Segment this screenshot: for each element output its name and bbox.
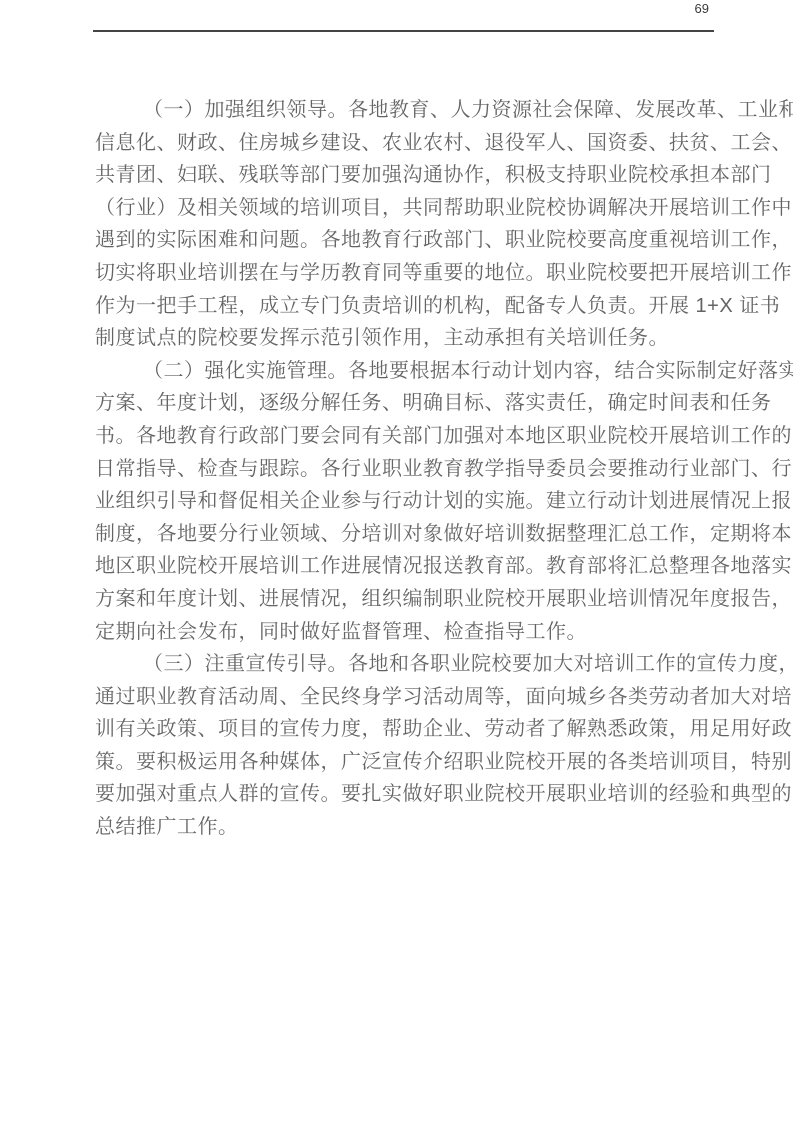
text-line: 要加强对重点人群的宣传。要扎实做好职业院校开展职业培训的经验和典型的 <box>95 778 711 811</box>
paragraph-3: （三）注重宣传引导。各地和各职业院校要加大对培训工作的宣传力度，通过职业教育活动… <box>95 648 711 844</box>
text-line: 训有关政策、项目的宣传力度，帮助企业、劳动者了解熟悉政策，用足用好政 <box>95 713 711 746</box>
header-rule <box>93 30 714 32</box>
paragraph-2: （二）强化实施管理。各地要根据本行动计划内容，结合实际制定好落实方案、年度计划，… <box>95 355 711 648</box>
text-line: 制度试点的院校要发挥示范引领作用，主动承担有关培训任务。 <box>95 322 711 355</box>
text-line: 切实将职业培训摆在与学历教育同等重要的地位。职业院校要把开展培训工作 <box>95 257 711 290</box>
document-page: 69 （一）加强组织领导。各地教育、人力资源社会保障、发展改革、工业和信息化、财… <box>0 0 793 1122</box>
text-line: 策。要积极运用各种媒体，广泛宣传介绍职业院校开展的各类培训项目，特别 <box>95 746 711 779</box>
text-line: （一）加强组织领导。各地教育、人力资源社会保障、发展改革、工业和 <box>95 94 711 127</box>
text-line: 日常指导、检查与跟踪。各行业职业教育教学指导委员会要推动行业部门、行 <box>95 453 711 486</box>
text-line: 作为一把手工程，成立专门负责培训的机构，配备专人负责。开展 1+X 证书 <box>95 290 711 323</box>
text-line: （行业）及相关领域的培训项目，共同帮助职业院校协调解决开展培训工作中 <box>95 192 711 225</box>
text-line: 制度，各地要分行业领域、分培训对象做好培训数据整理汇总工作，定期将本 <box>95 518 711 551</box>
text-line: 信息化、财政、住房城乡建设、农业农村、退役军人、国资委、扶贫、工会、 <box>95 127 711 160</box>
text-line: 地区职业院校开展培训工作进展情况报送教育部。教育部将汇总整理各地落实 <box>95 550 711 583</box>
text-line: 定期向社会发布，同时做好监督管理、检查指导工作。 <box>95 616 711 649</box>
text-line: 遇到的实际困难和问题。各地教育行政部门、职业院校要高度重视培训工作， <box>95 224 711 257</box>
text-line: （三）注重宣传引导。各地和各职业院校要加大对培训工作的宣传力度， <box>95 648 711 681</box>
text-line: 共青团、妇联、残联等部门要加强沟通协作，积极支持职业院校承担本部门 <box>95 159 711 192</box>
text-line: 方案、年度计划，逐级分解任务、明确目标、落实责任，确定时间表和任务 <box>95 387 711 420</box>
text-line: 通过职业教育活动周、全民终身学习活动周等，面向城乡各类劳动者加大对培 <box>95 681 711 714</box>
text-line: 方案和年度计划、进展情况，组织编制职业院校开展职业培训情况年度报告， <box>95 583 711 616</box>
paragraph-1: （一）加强组织领导。各地教育、人力资源社会保障、发展改革、工业和信息化、财政、住… <box>95 94 711 355</box>
page-number: 69 <box>695 1 709 17</box>
document-body: （一）加强组织领导。各地教育、人力资源社会保障、发展改革、工业和信息化、财政、住… <box>95 94 711 844</box>
text-line: 总结推广工作。 <box>95 811 711 844</box>
text-line: （二）强化实施管理。各地要根据本行动计划内容，结合实际制定好落实 <box>95 355 711 388</box>
text-line: 书。各地教育行政部门要会同有关部门加强对本地区职业院校开展培训工作的 <box>95 420 711 453</box>
text-line: 业组织引导和督促相关企业参与行动计划的实施。建立行动计划进展情况上报 <box>95 485 711 518</box>
